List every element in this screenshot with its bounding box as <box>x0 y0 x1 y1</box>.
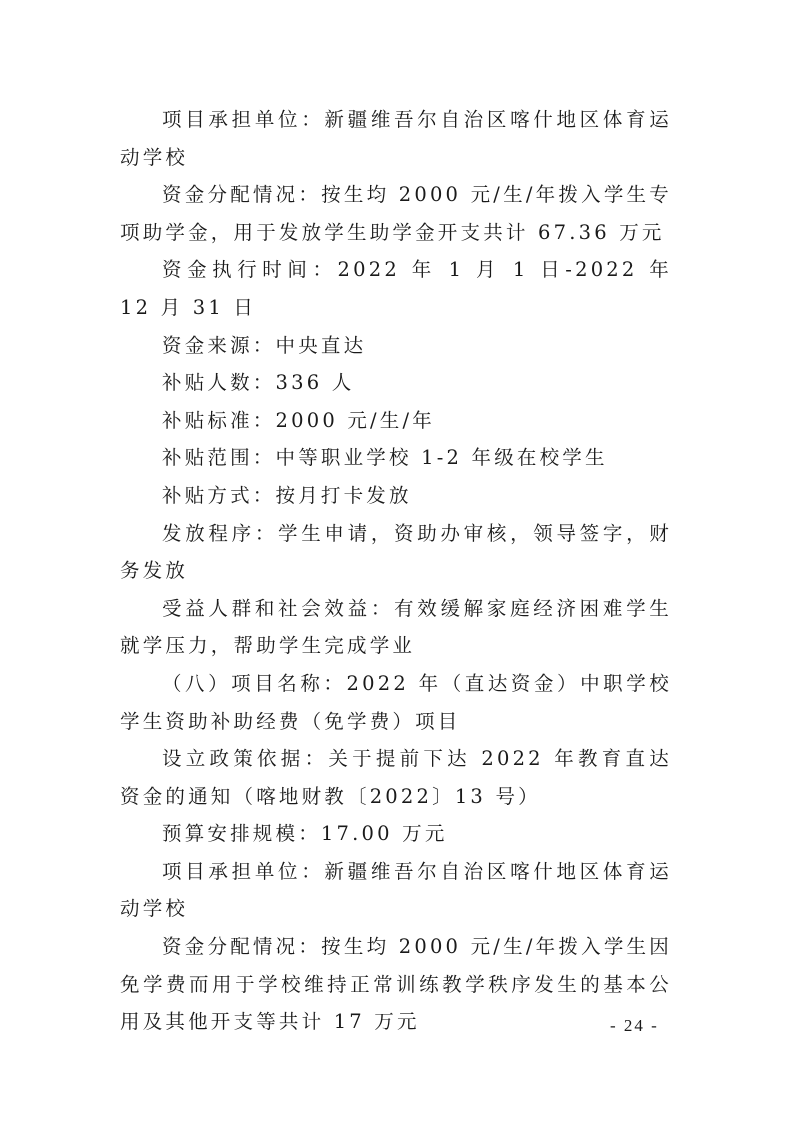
paragraph-beneficiaries: 受益人群和社会效益：有效缓解家庭经济困难学生就学压力，帮助学生完成学业 <box>120 590 672 665</box>
section-heading-project-8: （八）项目名称：2022 年（直达资金）中职学校学生资助补助经费（免学费）项目 <box>120 665 672 740</box>
paragraph-execution-time: 资金执行时间：2022 年 1 月 1 日-2022 年 12 月 31 日 <box>120 251 672 326</box>
paragraph-subsidy-method: 补贴方式：按月打卡发放 <box>120 477 672 515</box>
paragraph-distribution-procedure: 发放程序：学生申请，资助办审核，领导签字，财务发放 <box>120 515 672 590</box>
paragraph-budget-scale: 预算安排规模：17.00 万元 <box>120 815 672 853</box>
paragraph-policy-basis: 设立政策依据：关于提前下达 2022 年教育直达资金的通知（喀地财教〔2022〕… <box>120 740 672 815</box>
paragraph-fund-allocation-2: 资金分配情况：按生均 2000 元/生/年拨入学生因免学费而用于学校维持正常训练… <box>120 928 672 1041</box>
paragraph-undertaking-unit-2: 项目承担单位：新疆维吾尔自治区喀什地区体育运动学校 <box>120 853 672 928</box>
paragraph-subsidy-scope: 补贴范围：中等职业学校 1-2 年级在校学生 <box>120 439 672 477</box>
document-body: 项目承担单位：新疆维吾尔自治区喀什地区体育运动学校 资金分配情况：按生均 200… <box>120 101 672 1041</box>
paragraph-subsidy-standard: 补贴标准：2000 元/生/年 <box>120 402 672 440</box>
paragraph-undertaking-unit: 项目承担单位：新疆维吾尔自治区喀什地区体育运动学校 <box>120 101 672 176</box>
paragraph-fund-source: 资金来源：中央直达 <box>120 327 672 365</box>
page-number: - 24 - <box>610 1016 659 1036</box>
paragraph-fund-allocation: 资金分配情况：按生均 2000 元/生/年拨入学生专项助学金，用于发放学生助学金… <box>120 176 672 251</box>
paragraph-subsidy-count: 补贴人数：336 人 <box>120 364 672 402</box>
